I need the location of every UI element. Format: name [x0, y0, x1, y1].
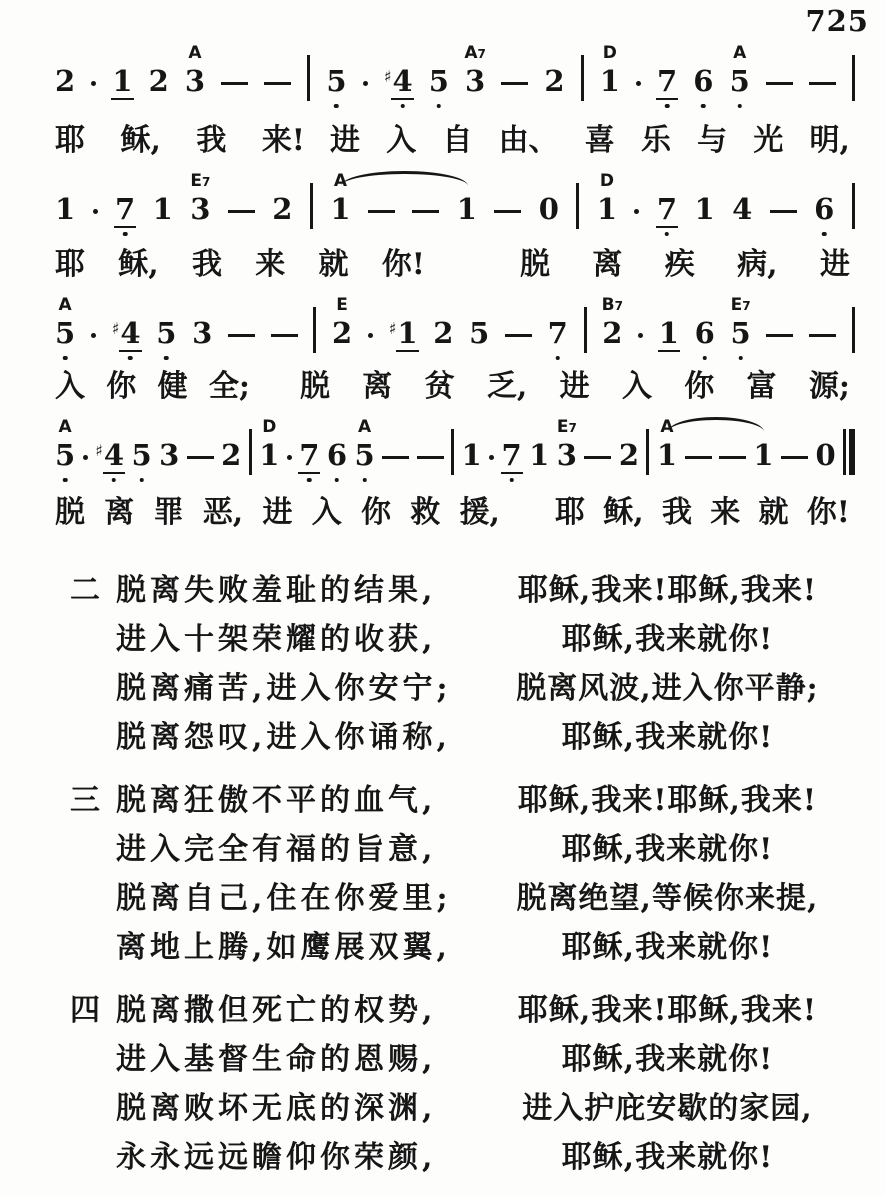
duration-dash: [412, 210, 439, 214]
lyric-char: 离: [104, 487, 134, 531]
lyric-char: 明,: [810, 115, 850, 159]
chord-label: A: [188, 45, 201, 62]
verse-row: 三脱离狂傲不平的血气,耶稣,我来!耶稣,我来!: [0, 776, 885, 825]
note-digit: 1: [694, 195, 714, 224]
duration-dot: [91, 81, 96, 86]
chord-seventh: 7: [478, 47, 486, 61]
music-note: D1: [600, 67, 620, 96]
lyric-char: 疾: [665, 239, 695, 283]
lyric-char: 进: [820, 239, 850, 283]
music-note: E2: [332, 319, 352, 348]
lyric-char: 来!: [262, 115, 305, 159]
lyric-char: 我: [196, 115, 226, 159]
barline: [313, 307, 316, 353]
verse-row: 进入十架荣耀的收获,耶稣,我来就你!: [0, 615, 885, 664]
music-note: 7: [657, 67, 677, 96]
verse-line-right: 耶稣,我来就你!: [498, 923, 885, 972]
sharp-icon: ♯: [95, 443, 103, 459]
lyric-char: 稣,: [120, 115, 160, 159]
verse-block: 三脱离狂傲不平的血气,耶稣,我来!耶稣,我来!进入完全有福的旨意,耶稣,我来就你…: [0, 776, 885, 972]
lyric-char: 入: [386, 115, 416, 159]
lyric-char: 富: [747, 361, 777, 405]
music-note: 5: [156, 319, 176, 348]
note-digit: 7: [657, 67, 677, 96]
lyric-segment: 脱离贫乏,进入你富源;: [300, 361, 850, 405]
low-octave-dot: [737, 104, 742, 109]
verse-line-left: 脱离自己,住在你爱里;: [116, 874, 498, 923]
low-octave-dot: [362, 478, 367, 483]
duration-dot: [287, 455, 292, 460]
duration-dot: [489, 455, 494, 460]
duration-dash: [685, 456, 712, 460]
chord-label: E7: [731, 297, 751, 314]
lyric-char: 入: [55, 361, 85, 405]
note-digit: 1: [55, 195, 75, 224]
music-note: ♯4: [95, 441, 124, 470]
chord-label: A: [733, 45, 746, 62]
note-digit: 2: [149, 67, 169, 96]
music-note: 0: [815, 441, 835, 470]
sharp-icon: ♯: [112, 321, 120, 337]
music-note: 7: [502, 441, 522, 470]
lyric-char: 离: [592, 239, 622, 283]
chord-label: A: [358, 419, 371, 436]
music-note: 0: [539, 195, 559, 224]
verse-row: 永永远远瞻仰你荣颜,耶稣,我来就你!: [0, 1133, 885, 1182]
barline: [852, 183, 855, 229]
final-barline: [843, 429, 855, 475]
note-digit: 1: [529, 441, 549, 470]
music-note: 1: [529, 441, 549, 470]
note-digit: 2: [433, 319, 453, 348]
low-octave-dot: [665, 104, 670, 109]
duration-dash: [228, 334, 255, 338]
page-number: 725: [805, 4, 869, 38]
lyric-line-1: 耶稣,我来!进入自由、喜乐与光明,: [55, 114, 885, 160]
duration-dash: [809, 334, 836, 338]
music-note: 1: [694, 195, 714, 224]
note-digit: 1: [600, 67, 620, 96]
barline: [852, 55, 855, 101]
music-note: A1: [330, 195, 350, 224]
note-digit: 7: [115, 195, 135, 224]
music-note: 2: [55, 67, 75, 96]
music-note: 7: [115, 195, 135, 224]
lyric-char: 入: [312, 487, 342, 531]
low-octave-dot: [139, 478, 144, 483]
note-digit: 2: [602, 319, 622, 348]
verse-number: 四: [70, 986, 116, 1035]
lyric-char: 健: [158, 361, 188, 405]
low-octave-dot: [437, 104, 442, 109]
verse-row: 脱离败坏无底的深渊,进入护庇安歇的家园,: [0, 1084, 885, 1133]
lyric-segment: 入你健全;: [55, 361, 250, 405]
duration-dash: [271, 334, 298, 338]
note-digit: 1: [153, 195, 173, 224]
music-note: 1: [55, 195, 75, 224]
music-note: 5: [469, 319, 489, 348]
note-digit: 6: [693, 67, 713, 96]
verse-row: 进入完全有福的旨意,耶稣,我来就你!: [0, 825, 885, 874]
note-digit: 7: [548, 319, 568, 348]
music-note: 6: [814, 195, 834, 224]
note-digit: 5: [55, 319, 75, 348]
lyric-char: 脱: [300, 361, 330, 405]
verse-line-right: 耶稣,我来就你!: [498, 1133, 885, 1182]
music-note: E75: [731, 319, 751, 348]
music-note: D1: [259, 441, 279, 470]
note-digit: 2: [272, 195, 292, 224]
note-digit: 7: [502, 441, 522, 470]
lyric-char: 就: [759, 487, 789, 531]
note-digit: 1: [753, 441, 773, 470]
note-digit: 5: [326, 67, 346, 96]
verse-line-left: 脱离痛苦,进入你安宁;: [116, 664, 498, 713]
low-octave-dot: [112, 478, 117, 483]
note-digit: 3: [185, 67, 205, 96]
music-note: 1: [753, 441, 773, 470]
music-note: 2: [149, 67, 169, 96]
duration-dash: [187, 456, 214, 460]
lyric-char: 乐: [641, 115, 671, 159]
verse-line-left: 脱离撒但死亡的权势,: [116, 986, 498, 1035]
barline: [451, 429, 454, 475]
verse-number: 二: [70, 566, 116, 615]
music-line-2: 171E732A110D17146: [55, 162, 855, 224]
hymn-sheet-page: 725 212A35♯45A732D176A5 耶稣,我来!进入自由、喜乐与光明…: [0, 0, 885, 1195]
note-digit: 3: [190, 195, 210, 224]
lyric-char: 你: [361, 487, 391, 531]
music-note: 2: [544, 67, 564, 96]
low-octave-dot: [665, 232, 670, 237]
lyric-char: 援,: [459, 487, 499, 531]
lyric-char: 脱: [520, 239, 550, 283]
lyric-segment: 脱离疾病,进: [520, 239, 850, 283]
music-note: E73: [190, 195, 210, 224]
music-note: A5: [355, 441, 375, 470]
music-note: 6: [327, 441, 347, 470]
verse-block: 二脱离失败羞耻的结果,耶稣,我来!耶稣,我来!进入十架荣耀的收获,耶稣,我来就你…: [0, 566, 885, 762]
music-line-4: A5♯4532D176A5171E732A110: [55, 408, 855, 470]
duration-dash: [382, 456, 409, 460]
music-note: 3: [159, 441, 179, 470]
low-octave-dot: [400, 104, 405, 109]
note-digit: 4: [120, 319, 140, 348]
chord-label: A: [59, 297, 72, 314]
lyric-char: 自: [442, 115, 472, 159]
chord-label: E: [336, 297, 348, 314]
duration-dash: [501, 82, 528, 86]
verse-line-left: 脱离失败羞耻的结果,: [116, 566, 498, 615]
lyric-segment: 耶稣,我来!: [55, 115, 305, 159]
lyric-char: 耶: [55, 239, 85, 283]
chord-seventh: 7: [615, 299, 623, 313]
duration-dash: [766, 334, 793, 338]
verse-line-left: 脱离败坏无底的深渊,: [116, 1084, 498, 1133]
music-note: 1: [112, 67, 132, 96]
duration-dash: [584, 456, 611, 460]
lyric-segment: 耶稣,我来就你!: [55, 239, 425, 283]
lyric-line-2: 耶稣,我来就你!脱离疾病,进: [55, 238, 885, 284]
music-line-1: 212A35♯45A732D176A5: [55, 34, 855, 96]
duration-dash: [719, 456, 746, 460]
verses-section: 二脱离失败羞耻的结果,耶稣,我来!耶稣,我来!进入十架荣耀的收获,耶稣,我来就你…: [0, 566, 885, 1182]
low-octave-dot: [509, 478, 514, 483]
verse-line-right: 耶稣,我来就你!: [498, 825, 885, 874]
music-note: 7: [657, 195, 677, 224]
verse-line-left: 进入十架荣耀的收获,: [116, 615, 498, 664]
barline: [576, 183, 579, 229]
note-digit: 5: [469, 319, 489, 348]
music-note: 6: [695, 319, 715, 348]
duration-dot: [93, 209, 98, 214]
music-note: A5: [55, 319, 75, 348]
lyric-char: 源;: [809, 361, 850, 405]
music-note: A73: [465, 67, 485, 96]
note-digit: 6: [814, 195, 834, 224]
duration-dot: [638, 333, 643, 338]
duration-dot: [368, 333, 373, 338]
lyric-char: 救: [410, 487, 440, 531]
duration-dash: [368, 210, 395, 214]
lyric-char: 我: [662, 487, 692, 531]
barline: [307, 55, 310, 101]
lyric-char: 全;: [209, 361, 250, 405]
note-digit: 1: [259, 441, 279, 470]
music-note: 2: [272, 195, 292, 224]
note-digit: 7: [657, 195, 677, 224]
note-digit: 1: [457, 195, 477, 224]
tie-arc: [341, 171, 468, 186]
chord-label: A7: [464, 45, 486, 62]
lyric-char: 你: [106, 361, 136, 405]
verse-line-left: 永永远远瞻仰你荣颜,: [116, 1133, 498, 1182]
note-digit: 0: [539, 195, 559, 224]
music-note: 7: [548, 319, 568, 348]
verse-line-right: 进入护庇安歇的家园,: [498, 1084, 885, 1133]
low-octave-dot: [701, 104, 706, 109]
music-note: E73: [557, 441, 577, 470]
low-octave-dot: [123, 232, 128, 237]
duration-dash: [494, 210, 521, 214]
low-octave-dot: [555, 356, 560, 361]
note-digit: 5: [131, 441, 151, 470]
duration-dash: [781, 456, 808, 460]
low-octave-dot: [334, 104, 339, 109]
duration-dash: [228, 210, 255, 214]
low-octave-dot: [702, 356, 707, 361]
note-digit: 6: [695, 319, 715, 348]
verse-line-right: 脱离绝望,等候你来提,: [498, 874, 885, 923]
low-octave-dot: [335, 478, 340, 483]
music-note: 1: [457, 195, 477, 224]
music-note: 5: [131, 441, 151, 470]
lyric-char: 你!: [807, 487, 850, 531]
duration-dash: [809, 82, 836, 86]
barline: [852, 307, 855, 353]
duration-dash: [221, 82, 248, 86]
verse-line-left: 进入基督生命的恩赐,: [116, 1035, 498, 1084]
music-note: 1: [461, 441, 481, 470]
music-note: A5: [730, 67, 750, 96]
duration-dash: [770, 210, 797, 214]
chord-label: E7: [557, 419, 577, 436]
chord-seventh: 7: [568, 421, 576, 435]
music-note: 2: [433, 319, 453, 348]
music-note: 4: [732, 195, 752, 224]
music-note: A5: [55, 441, 75, 470]
low-octave-dot: [738, 356, 743, 361]
music-line-3: A5♯453E2♯1257B7216E75: [55, 286, 855, 348]
duration-dot: [636, 81, 641, 86]
verse-row: 脱离怨叹,进入你诵称,耶稣,我来就你!: [0, 713, 885, 762]
lyric-char: 你!: [382, 239, 425, 283]
verse-row: 进入基督生命的恩赐,耶稣,我来就你!: [0, 1035, 885, 1084]
note-digit: 5: [156, 319, 176, 348]
music-note: D1: [597, 195, 617, 224]
lyric-char: 由、: [499, 115, 559, 159]
lyric-char: 进: [262, 487, 292, 531]
lyric-segment: 耶稣,我来就你!: [555, 487, 850, 531]
note-digit: 7: [299, 441, 319, 470]
music-note: A3: [185, 67, 205, 96]
duration-dot: [83, 455, 88, 460]
barline: [249, 429, 252, 475]
verse-row: 四脱离撒但死亡的权势,耶稣,我来!耶稣,我来!: [0, 986, 885, 1035]
verse-line-left: 脱离怨叹,进入你诵称,: [116, 713, 498, 762]
note-digit: 0: [815, 441, 835, 470]
low-octave-dot: [63, 356, 68, 361]
lyric-char: 乏,: [487, 361, 527, 405]
chord-label: E7: [190, 173, 210, 190]
music-note: A1: [657, 441, 677, 470]
lyric-segment: 进入自由、喜乐与光明,: [330, 115, 850, 159]
low-octave-dot: [128, 356, 133, 361]
verse-line-right: 耶稣,我来就你!: [498, 615, 885, 664]
note-digit: 1: [112, 67, 132, 96]
note-digit: 5: [731, 319, 751, 348]
music-note: ♯4: [112, 319, 141, 348]
sharp-icon: ♯: [384, 69, 392, 85]
music-note: 6: [693, 67, 713, 96]
verse-line-right: 耶稣,我来!耶稣,我来!: [498, 566, 885, 615]
lyric-char: 稣,: [603, 487, 643, 531]
music-note: ♯4: [384, 67, 413, 96]
chord-seventh: 7: [742, 299, 750, 313]
note-digit: 2: [332, 319, 352, 348]
verse-line-left: 进入完全有福的旨意,: [116, 825, 498, 874]
duration-dash: [505, 334, 532, 338]
note-digit: 3: [192, 319, 212, 348]
lyric-char: 罪: [154, 487, 184, 531]
verse-line-right: 耶稣,我来就你!: [498, 1035, 885, 1084]
note-digit: 5: [355, 441, 375, 470]
lyric-char: 与: [697, 115, 727, 159]
note-digit: 1: [397, 319, 417, 348]
note-digit: 1: [597, 195, 617, 224]
low-octave-dot: [822, 232, 827, 237]
low-octave-dot: [164, 356, 169, 361]
note-digit: 4: [732, 195, 752, 224]
lyric-char: 就: [319, 239, 349, 283]
chord-label: D: [600, 173, 614, 190]
note-digit: 2: [544, 67, 564, 96]
note-digit: 1: [461, 441, 481, 470]
lyric-char: 我: [192, 239, 222, 283]
music-note: 7: [299, 441, 319, 470]
lyric-char: 来: [255, 239, 285, 283]
verse-line-right: 脱离风波,进入你平静;: [498, 664, 885, 713]
music-note: 2: [619, 441, 639, 470]
verse-row: 脱离自己,住在你爱里;脱离绝望,等候你来提,: [0, 874, 885, 923]
music-note: ♯1: [389, 319, 418, 348]
tie-arc: [668, 417, 764, 432]
note-digit: 4: [104, 441, 124, 470]
note-digit: 1: [657, 441, 677, 470]
lyric-char: 来: [710, 487, 740, 531]
verse-line-left: 离地上腾,如鹰展双翼,: [116, 923, 498, 972]
barline: [646, 429, 649, 475]
verse-line-right: 耶稣,我来!耶稣,我来!: [498, 986, 885, 1035]
verse-number: 三: [70, 776, 116, 825]
low-octave-dot: [63, 478, 68, 483]
lyric-char: 进: [330, 115, 360, 159]
note-digit: 1: [330, 195, 350, 224]
note-digit: 6: [327, 441, 347, 470]
verse-row: 脱离痛苦,进入你安宁;脱离风波,进入你平静;: [0, 664, 885, 713]
music-note: 3: [192, 319, 212, 348]
lyric-char: 病,: [737, 239, 777, 283]
low-octave-dot: [307, 478, 312, 483]
lyric-char: 光: [753, 115, 783, 159]
verse-line-right: 耶稣,我来!耶稣,我来!: [498, 776, 885, 825]
chord-label: B7: [602, 297, 623, 314]
lyric-char: 稣,: [118, 239, 158, 283]
note-digit: 5: [429, 67, 449, 96]
lyric-line-4: 脱离罪恶,进入你救援,耶稣,我来就你!: [55, 486, 885, 532]
lyric-char: 你: [684, 361, 714, 405]
duration-dot: [363, 81, 368, 86]
music-note: 5: [429, 67, 449, 96]
lyric-char: 进: [560, 361, 590, 405]
note-digit: 2: [619, 441, 639, 470]
barline: [581, 55, 584, 101]
note-digit: 1: [659, 319, 679, 348]
lyric-char: 耶: [555, 487, 585, 531]
duration-dash: [417, 456, 444, 460]
lyric-segment: 脱离罪恶,进入你救援,: [55, 487, 500, 531]
chord-seventh: 7: [202, 175, 210, 189]
music-note: 5: [326, 67, 346, 96]
lyric-char: 喜: [585, 115, 615, 159]
duration-dot: [91, 333, 96, 338]
lyric-char: 耶: [55, 115, 85, 159]
note-digit: 2: [221, 441, 241, 470]
verse-row: 离地上腾,如鹰展双翼,耶稣,我来就你!: [0, 923, 885, 972]
music-note: B72: [602, 319, 622, 348]
lyric-char: 贫: [425, 361, 455, 405]
music-note: 2: [221, 441, 241, 470]
note-digit: 4: [392, 67, 412, 96]
note-digit: 5: [55, 441, 75, 470]
chord-label: A: [59, 419, 72, 436]
lyric-char: 恶,: [203, 487, 243, 531]
sharp-icon: ♯: [389, 321, 397, 337]
verse-row: 二脱离失败羞耻的结果,耶稣,我来!耶稣,我来!: [0, 566, 885, 615]
lyric-char: 入: [622, 361, 652, 405]
lyric-char: 脱: [55, 487, 85, 531]
note-digit: 2: [55, 67, 75, 96]
